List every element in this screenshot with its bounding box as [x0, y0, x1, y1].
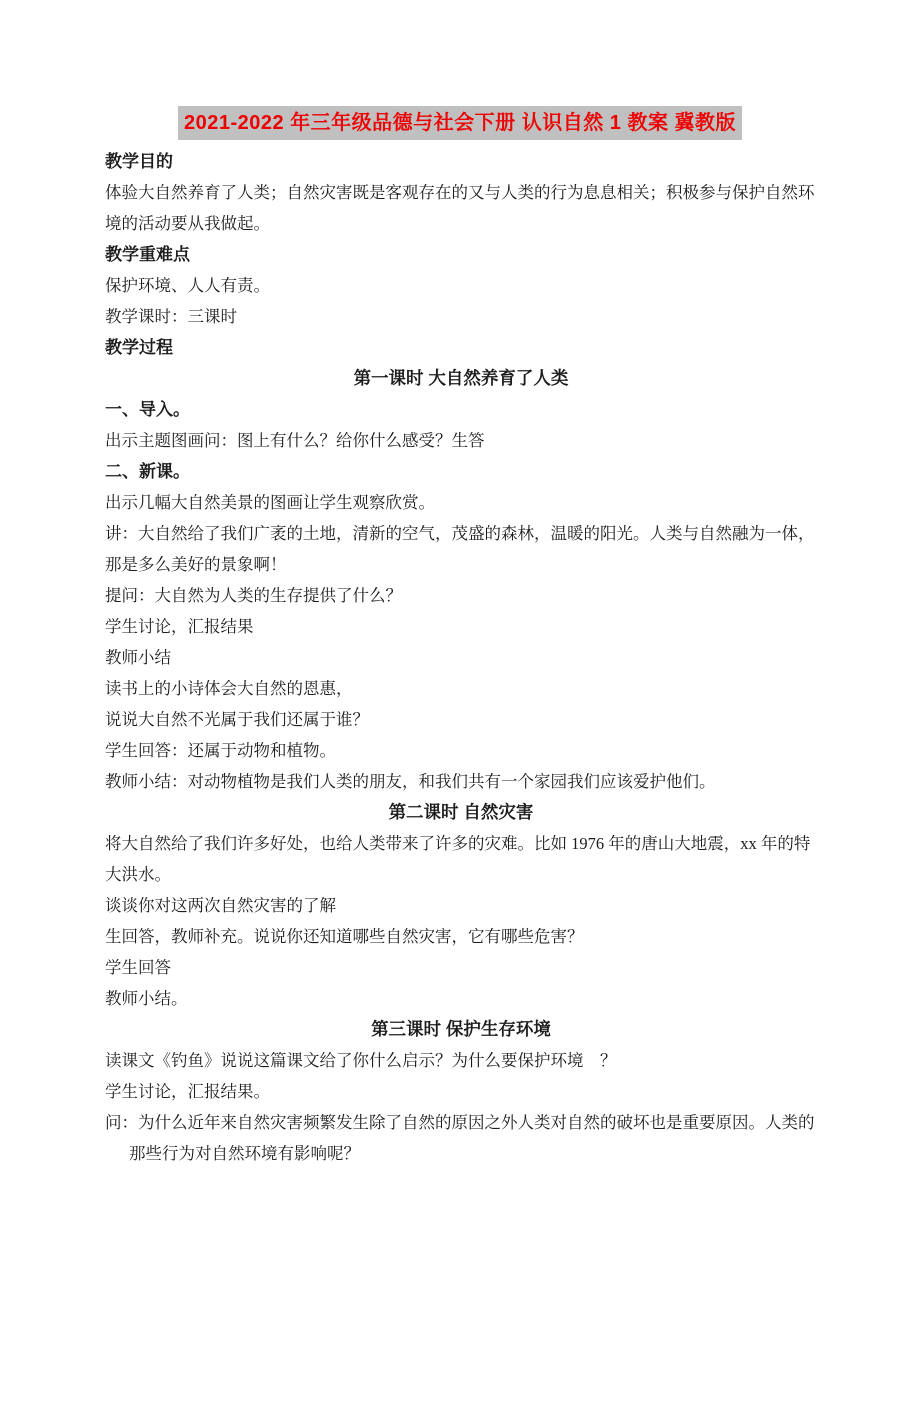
text-line: 读课文《钓鱼》说说这篇课文给了你什么启示？为什么要保护环境 ？: [105, 1045, 817, 1076]
text-line: 将大自然给了我们许多好处，也给人类带来了许多的灾难。比如 1976 年的唐山大地…: [105, 828, 817, 859]
text-line: 那些行为对自然环境有影响呢？: [105, 1138, 817, 1169]
title-row: 2021-2022 年三年级品德与社会下册 认识自然 1 教案 冀教版: [0, 106, 920, 140]
document-body: 教学目的 体验大自然养育了人类；自然灾害既是客观存在的又与人类的行为息息相关；积…: [105, 146, 817, 1169]
text-line: 教师小结：对动物植物是我们人类的朋友，和我们共有一个家园我们应该爱护他们。: [105, 766, 817, 797]
text-line: 学生讨论，汇报结果。: [105, 1076, 817, 1107]
heading-key-difficult-points: 教学重难点: [105, 239, 817, 270]
text-line: 保护环境、人人有责。: [105, 270, 817, 301]
heading-lesson-3: 第三课时 保护生存环境: [105, 1014, 817, 1045]
heading-new-lesson: 二、新课。: [105, 456, 817, 487]
text-line: 讲：大自然给了我们广袤的土地，清新的空气，茂盛的森林，温暖的阳光。人类与自然融为…: [105, 518, 817, 549]
document-title: 2021-2022 年三年级品德与社会下册 认识自然 1 教案 冀教版: [178, 106, 742, 140]
heading-intro: 一、导入。: [105, 394, 817, 425]
text-line-lesson-hours: 教学课时：三课时: [105, 301, 817, 332]
text-line: 生回答，教师补充。说说你还知道哪些自然灾害，它有哪些危害？: [105, 921, 817, 952]
text-line: 大洪水。: [105, 859, 817, 890]
text-line: 出示几幅大自然美景的图画让学生观察欣赏。: [105, 487, 817, 518]
document-page: 2021-2022 年三年级品德与社会下册 认识自然 1 教案 冀教版 教学目的…: [0, 106, 920, 1408]
text-line: 境的活动要从我做起。: [105, 208, 817, 239]
text-line: 说说大自然不光属于我们还属于谁？: [105, 704, 817, 735]
text-line: 学生回答: [105, 952, 817, 983]
heading-lesson-2: 第二课时 自然灾害: [105, 797, 817, 828]
text-line: 学生回答：还属于动物和植物。: [105, 735, 817, 766]
text-line: 教师小结: [105, 642, 817, 673]
heading-teaching-objectives: 教学目的: [105, 146, 817, 177]
text-line: 学生讨论，汇报结果: [105, 611, 817, 642]
text-line: 提问：大自然为人类的生存提供了什么？: [105, 580, 817, 611]
text-line: 问：为什么近年来自然灾害频繁发生除了自然的原因之外人类对自然的破坏也是重要原因。…: [105, 1107, 817, 1138]
text-line: 体验大自然养育了人类；自然灾害既是客观存在的又与人类的行为息息相关；积极参与保护…: [105, 177, 817, 208]
heading-lesson-1: 第一课时 大自然养育了人类: [105, 363, 817, 394]
text-line: 谈谈你对这两次自然灾害的了解: [105, 890, 817, 921]
text-line: 教师小结。: [105, 983, 817, 1014]
heading-teaching-process: 教学过程: [105, 332, 817, 363]
text-line: 出示主题图画问：图上有什么？给你什么感受？生答: [105, 425, 817, 456]
text-line: 读书上的小诗体会大自然的恩惠，: [105, 673, 817, 704]
text-line: 那是多么美好的景象啊！: [105, 549, 817, 580]
